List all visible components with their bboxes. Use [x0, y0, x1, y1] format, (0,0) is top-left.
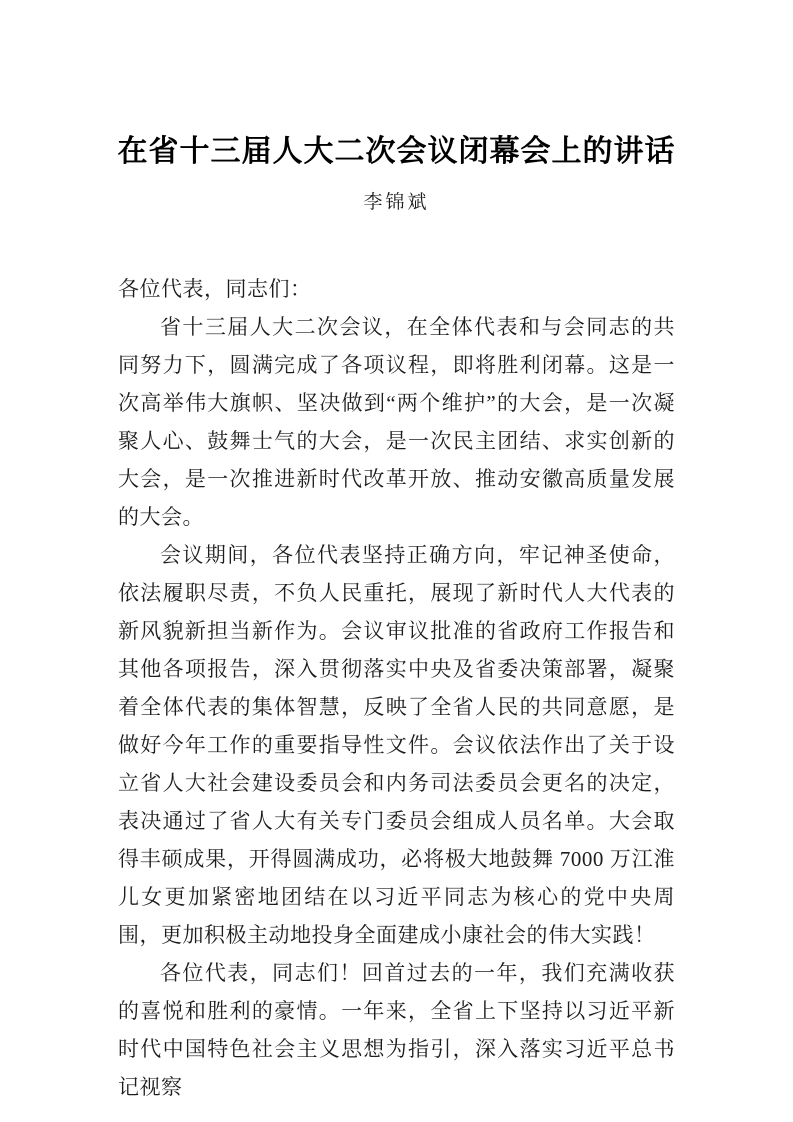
body-paragraph: 各位代表，同志们！回首过去的一年，我们充满收获的喜悦和胜利的豪情。一年来，全省上… — [118, 954, 675, 1106]
document-page: 在省十三届人大二次会议闭幕会上的讲话 李锦斌 各位代表，同志们：省十三届人大二次… — [0, 0, 793, 1122]
document-title: 在省十三届人大二次会议闭幕会上的讲话 — [0, 0, 793, 173]
body-paragraph: 各位代表，同志们： — [118, 270, 675, 308]
body-paragraph: 会议期间，各位代表坚持正确方向，牢记神圣使命，依法履职尽责，不负人民重托，展现了… — [118, 536, 675, 954]
document-body: 各位代表，同志们：省十三届人大二次会议，在全体代表和与会同志的共同努力下，圆满完… — [118, 270, 675, 1106]
body-paragraph: 省十三届人大二次会议，在全体代表和与会同志的共同努力下，圆满完成了各项议程，即将… — [118, 308, 675, 536]
document-author: 李锦斌 — [0, 189, 793, 217]
